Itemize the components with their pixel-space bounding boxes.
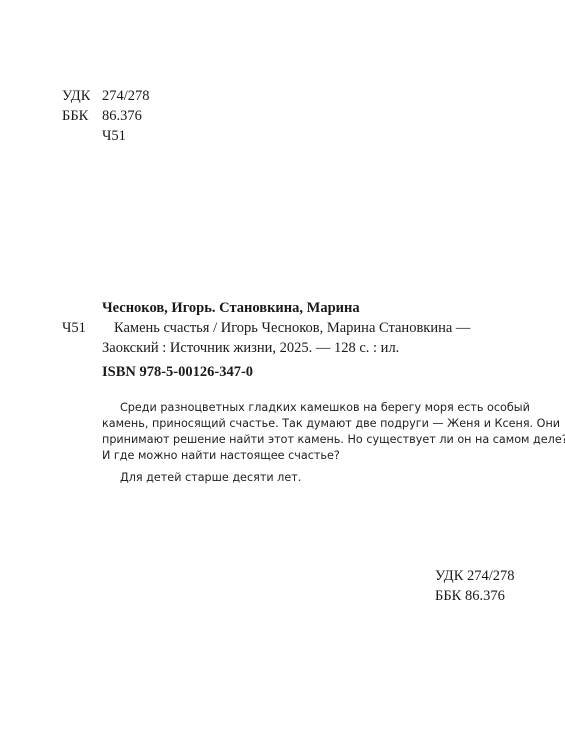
author-sign: Ч51 [102,126,126,146]
annotation-line: Среди разноцветных гладких камешков на б… [102,400,542,416]
bbk-row: ББК 86.376 [62,106,150,126]
bottom-bbk: ББК 86.376 [435,586,515,606]
title-statement: Камень счастья / Игорь Чесноков, Марина … [102,318,470,338]
age-audience-note: Для детей старше десяти лет. [102,470,542,486]
udk-value: 274/278 [102,86,150,106]
author-sign-row: Ч51 [62,126,150,146]
annotation-line: принимают решение найти этот камень. Но … [102,432,542,448]
annotation-line: И где можно найти настоящее счастье? [102,448,542,464]
title-row: Ч51 Камень счастья / Игорь Чесноков, Мар… [62,318,532,338]
publication-statement: Заокский : Источник жизни, 2025. — 128 с… [62,338,532,358]
udk-row: УДК 274/278 [62,86,150,106]
bottom-classification-codes: УДК 274/278 ББК 86.376 [435,566,515,606]
bottom-udk: УДК 274/278 [435,566,515,586]
bibliographic-record: Чесноков, Игорь. Становкина, Марина Ч51 … [62,298,532,358]
udk-label: УДК [62,86,102,106]
author-sign-marker: Ч51 [62,318,102,338]
bbk-value: 86.376 [102,106,142,126]
authors-heading: Чесноков, Игорь. Становкина, Марина [62,298,532,318]
isbn: ISBN 978-5-00126-347-0 [102,364,253,381]
bbk-label: ББК [62,106,102,126]
annotation: Среди разноцветных гладких камешков на б… [102,400,542,486]
top-classification-codes: УДК 274/278 ББК 86.376 Ч51 [62,86,150,146]
annotation-line: камень, приносящий счастье. Так думают д… [102,416,542,432]
annotation-summary: Среди разноцветных гладких камешков на б… [102,400,542,416]
